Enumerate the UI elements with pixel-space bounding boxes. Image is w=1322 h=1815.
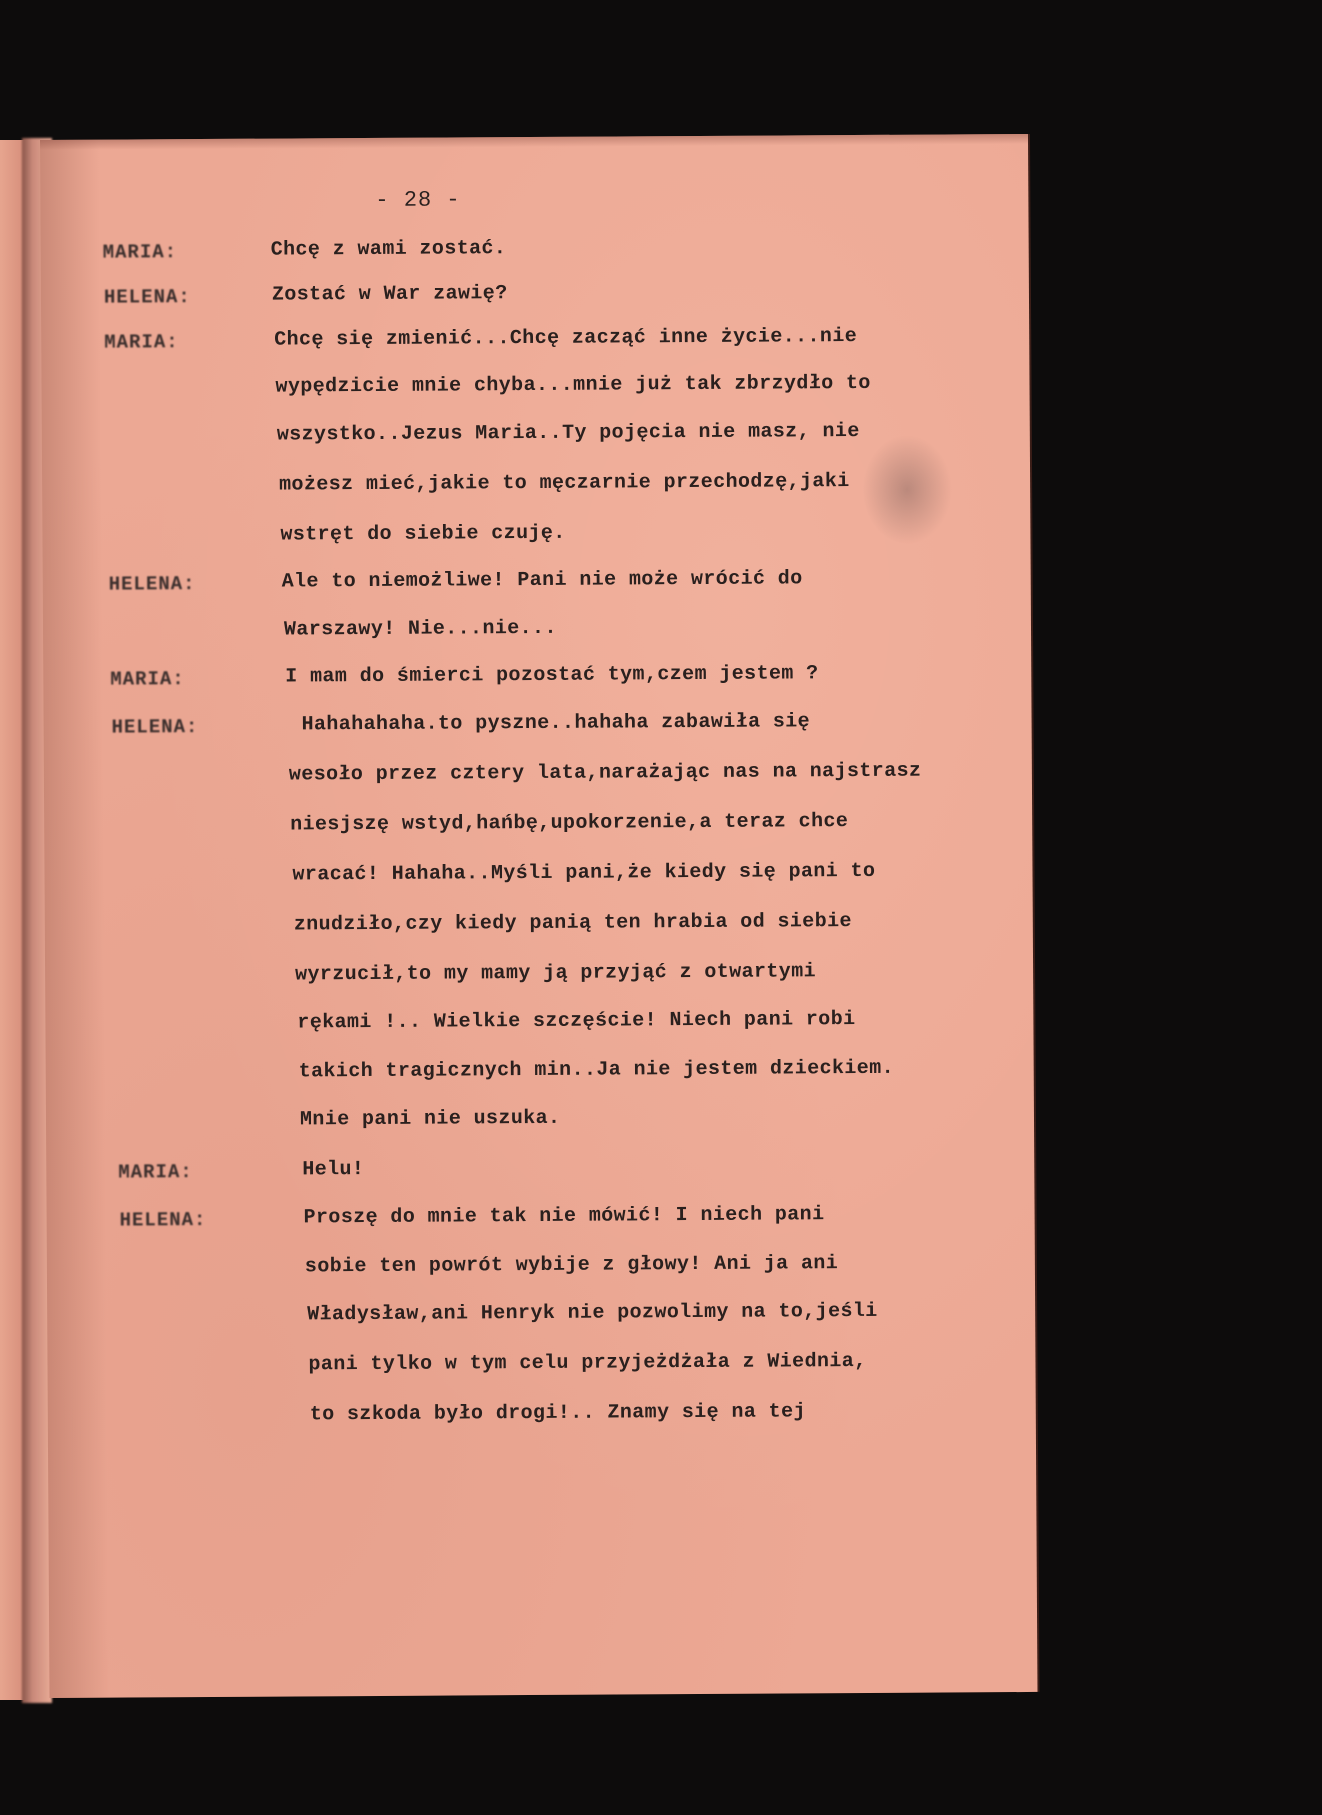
- dialogue-line: Chcę się zmienić...Chcę zacząć inne życi…: [274, 325, 857, 352]
- dialogue-line: Helu!: [302, 1158, 364, 1181]
- speaker-label: MARIA:: [110, 668, 185, 690]
- dialogue-line: wszystko..Jezus Maria..Ty pojęcia nie ma…: [277, 420, 860, 447]
- dialogue-line: Chcę z wami zostać.: [271, 237, 507, 261]
- dialogue-line: Władysław,ani Henryk nie pozwolimy na to…: [307, 1300, 878, 1326]
- dialogue-line: sobie ten powrót wybije z głowy! Ani ja …: [305, 1252, 838, 1278]
- speaker-label: HELENA:: [109, 573, 196, 596]
- dialogue-line: wesoło przez cztery lata,narażając nas n…: [289, 760, 922, 787]
- dialogue-line: znudziło,czy kiedy panią ten hrabia od s…: [294, 910, 852, 936]
- speaker-label: MARIA:: [103, 241, 178, 263]
- dialogue-line: I mam do śmierci pozostać tym,czem jeste…: [285, 662, 818, 688]
- dialogue-line: Ale to niemożliwe! Pani nie może wrócić …: [282, 567, 803, 593]
- dialogue-line: pani tylko w tym celu przyjeżdżała z Wie…: [308, 1350, 866, 1376]
- page-shadow: [40, 134, 1028, 150]
- dialogue-line: Mnie pani nie uszuka.: [300, 1107, 561, 1132]
- dialogue-line: wstręt do siebie czuję.: [280, 522, 565, 547]
- dialogue-line: możesz mieć,jakie to męczarnie przechodz…: [279, 470, 850, 496]
- dialogue-line: wracać! Hahaha..Myśli pani,że kiedy się …: [292, 860, 875, 887]
- ink-smudge: [862, 434, 953, 545]
- page-number: - 28 -: [375, 187, 460, 213]
- speaker-label: MARIA:: [104, 331, 179, 353]
- speaker-label: HELENA:: [112, 716, 199, 739]
- dialogue-line: rękami !.. Wielkie szczęście! Niech pani…: [297, 1008, 855, 1034]
- dialogue-line: Proszę do mnie tak nie mówić! I niech pa…: [304, 1203, 825, 1229]
- document-page: - 28 - MARIA:Chcę z wami zostać.HELENA:Z…: [40, 134, 1037, 1698]
- dialogue-line: wypędzicie mnie chyba...mnie już tak zbr…: [275, 372, 870, 399]
- speaker-label: MARIA:: [118, 1161, 193, 1183]
- dialogue-line: to szkoda było drogi!.. Znamy się na tej: [310, 1400, 806, 1426]
- dialogue-line: Hahahahaha.to pyszne..hahaha zabawiła si…: [302, 710, 811, 736]
- dialogue-line: Zostać w War zawię?: [272, 282, 508, 306]
- speaker-label: HELENA:: [104, 286, 191, 309]
- dialogue-line: takich tragicznych min..Ja nie jestem dz…: [299, 1057, 894, 1084]
- speaker-label: HELENA:: [120, 1209, 207, 1232]
- dialogue-line: Warszawy! Nie...nie...: [284, 617, 557, 642]
- dialogue-line: niesjszę wstyd,hańbę,upokorzenie,a teraz…: [290, 810, 848, 836]
- dialogue-line: wyrzucił,to my mamy ją przyjąć z otwarty…: [295, 960, 816, 986]
